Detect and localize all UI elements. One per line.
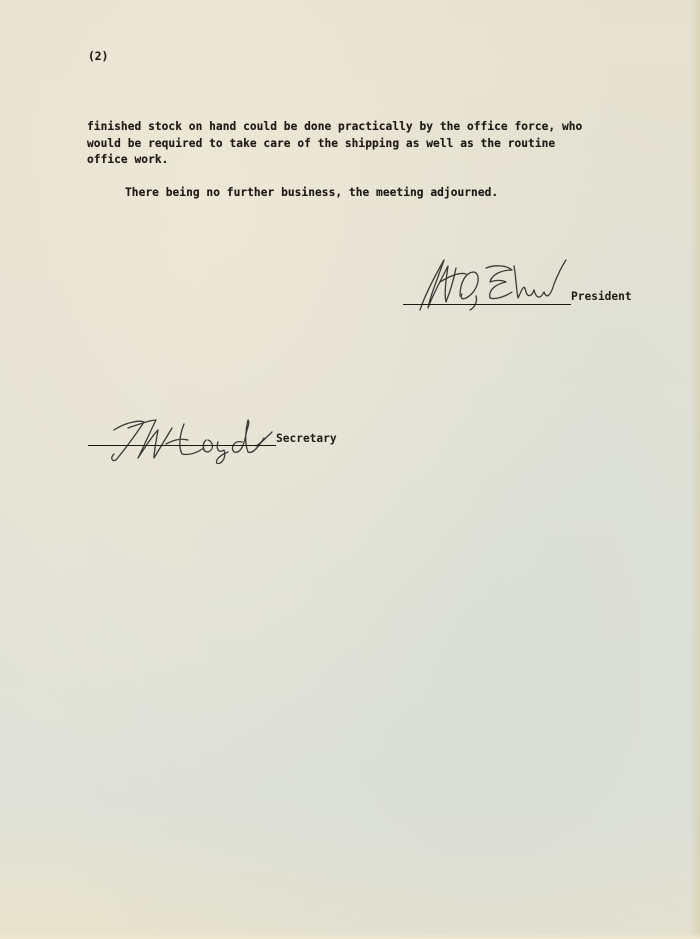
president-title: President xyxy=(571,290,632,303)
document-page: (2) finished stock on hand could be done… xyxy=(0,0,700,939)
secretary-signature-block: Secretary xyxy=(86,412,366,467)
body-text-line: office work. xyxy=(87,153,168,166)
body-text-line: would be required to take care of the sh… xyxy=(87,137,555,150)
president-signature-block: President xyxy=(400,252,660,312)
secretary-title: Secretary xyxy=(276,432,337,445)
closing-paragraph: There being no further business, the mee… xyxy=(125,186,498,199)
secretary-signature-icon xyxy=(106,414,276,464)
page-number: (2) xyxy=(88,50,108,63)
president-signature-line xyxy=(403,304,571,305)
body-text-line: finished stock on hand could be done pra… xyxy=(87,120,582,133)
secretary-signature-line xyxy=(88,445,276,446)
